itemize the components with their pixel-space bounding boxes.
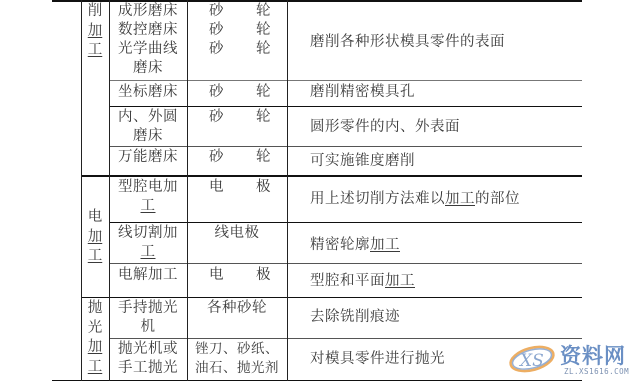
machine-cell: 电解加工 <box>111 266 185 285</box>
group-divider <box>81 297 582 298</box>
machine-cell: 坐标磨床 <box>111 83 185 102</box>
machine-cell: 万能磨床 <box>111 148 185 167</box>
watermark: XS 资料网 ZL.XS1616.COM <box>508 338 638 382</box>
category-char: 加 <box>84 338 106 358</box>
svg-text:XS: XS <box>518 351 544 371</box>
xs-logo-icon: XS <box>508 342 556 374</box>
column-divider <box>187 0 188 381</box>
row-divider <box>109 263 582 264</box>
tool-cell: 电极 <box>189 178 285 197</box>
watermark-url: ZL.XS1616.COM <box>564 367 629 376</box>
category-label: 电 加 工 <box>84 208 106 267</box>
use-cell: 用上述切削方法难以加工的部位 <box>310 190 580 209</box>
row-divider <box>109 146 582 147</box>
category-char: 加 <box>84 22 106 42</box>
category-char: 加 <box>84 228 106 248</box>
watermark-name: 资料网 <box>560 340 626 370</box>
use-cell: 磨削各种形状模具零件的表面 <box>310 33 580 52</box>
use-cell: 磨削精密模具孔 <box>310 83 580 102</box>
category-char: 电 <box>84 208 106 228</box>
category-char: 削 <box>84 2 106 22</box>
row-divider <box>109 80 582 81</box>
category-char: 抛 <box>84 299 106 319</box>
category-char: 工 <box>84 41 106 61</box>
category-label: 削 加 工 <box>84 2 106 61</box>
tool-cell: 砂轮 <box>189 148 285 167</box>
use-cell: 去除铣削痕迹 <box>310 308 580 327</box>
machine-cell: 线切割加 工 <box>111 224 185 262</box>
tool-cell: 锉刀、砂纸、 油石、抛光剂 <box>189 340 285 378</box>
tool-cell: 电极 <box>189 266 285 285</box>
tool-cell: 各种砂轮 <box>189 299 285 318</box>
tool-cell: 砂轮 砂轮 砂轮 <box>189 2 285 59</box>
row-divider <box>109 222 582 223</box>
column-divider <box>81 0 82 381</box>
use-cell: 精密轮廓加工 <box>310 236 580 255</box>
machine-cell: 成形磨床 数控磨床 光学曲线 磨床 <box>111 2 185 78</box>
machine-cell: 抛光机或 手工抛光 <box>111 340 185 378</box>
column-divider <box>287 0 288 381</box>
category-char: 光 <box>84 319 106 339</box>
category-char: 工 <box>84 247 106 267</box>
use-cell: 圆形零件的内、外表面 <box>310 118 580 137</box>
machine-cell: 内、外圆 磨床 <box>111 108 185 146</box>
category-label: 抛 光 加 工 <box>84 299 106 377</box>
use-cell: 型腔和平面加工 <box>310 272 580 291</box>
group-divider <box>81 175 582 177</box>
row-divider <box>109 106 582 107</box>
machine-cell: 型腔电加 工 <box>111 178 185 216</box>
tool-cell: 砂轮 <box>189 108 285 127</box>
tool-cell: 砂轮 <box>189 83 285 102</box>
table-bottom-border <box>52 380 582 381</box>
category-char: 工 <box>84 358 106 378</box>
tool-cell: 线电极 <box>189 224 285 243</box>
use-cell: 可实施锥度磨削 <box>310 152 580 171</box>
machine-cell: 手持抛光 机 <box>111 299 185 337</box>
column-divider <box>109 0 110 381</box>
